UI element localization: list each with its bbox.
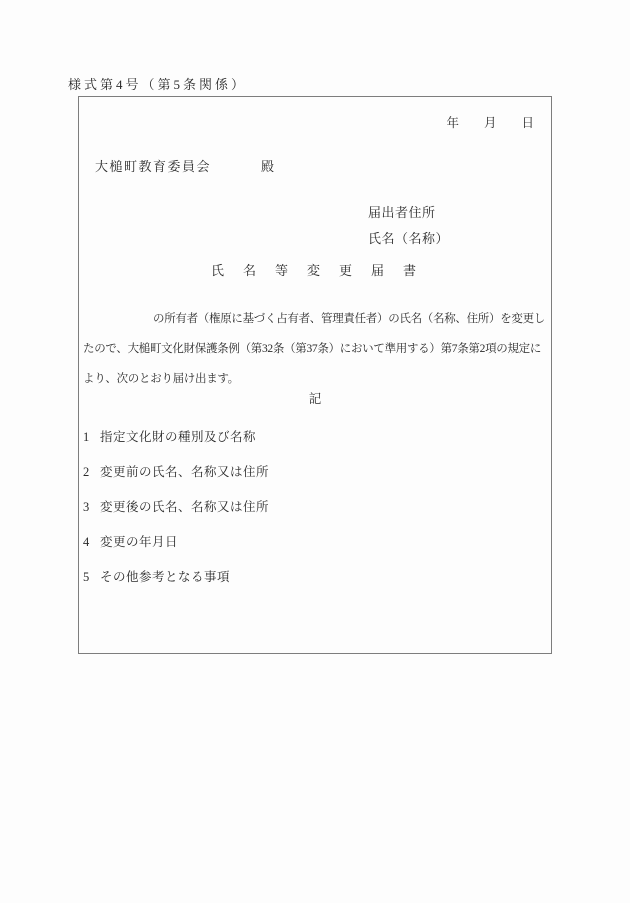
item-number: 4 (83, 534, 100, 550)
item-text: 変更前の氏名、名称又は住所 (100, 465, 269, 479)
list-item: 1指定文化財の種別及び名称 (83, 429, 545, 445)
declarant-name-label: 氏名（名称） (368, 226, 449, 252)
addressee-line: 大槌町教育委員会 殿 (95, 156, 276, 175)
list-item: 5その他参考となる事項 (83, 569, 545, 585)
date-line: 年 月 日 (446, 113, 534, 131)
declarant-address-label: 届出者住所 (368, 200, 449, 226)
item-number: 5 (83, 569, 100, 585)
addressee-name: 大槌町教育委員会 (95, 156, 211, 175)
body-line: の所有者（権原に基づく占有者、管理責任者）の氏名（名称、住所）を変更し (83, 304, 545, 334)
declarant-block: 届出者住所 氏名（名称） (368, 200, 449, 252)
item-number: 2 (83, 464, 100, 480)
item-text: 指定文化財の種別及び名称 (100, 430, 256, 444)
list-item: 2変更前の氏名、名称又は住所 (83, 464, 545, 480)
document-page: 様式第4号（第5条関係） 年 月 日 大槌町教育委員会 殿 届出者住所 氏名（名… (0, 0, 630, 903)
record-mark: 記 (79, 389, 551, 407)
item-list: 1指定文化財の種別及び名称 2変更前の氏名、名称又は住所 3変更後の氏名、名称又… (83, 429, 545, 604)
list-item: 4変更の年月日 (83, 534, 545, 550)
body-line: たので、大槌町文化財保護条例（第32条（第37条）において準用する）第7条第2項… (83, 334, 545, 364)
item-text: 変更後の氏名、名称又は住所 (100, 500, 269, 514)
form-border-box: 年 月 日 大槌町教育委員会 殿 届出者住所 氏名（名称） 氏 名 等 変 更 … (78, 96, 552, 654)
item-number: 1 (83, 429, 100, 445)
form-number-label: 様式第4号（第5条関係） (68, 77, 247, 93)
document-title: 氏 名 等 変 更 届 書 (79, 260, 551, 279)
item-text: その他参考となる事項 (100, 570, 230, 584)
addressee-honorific: 殿 (261, 156, 276, 175)
item-text: 変更の年月日 (100, 535, 178, 549)
item-number: 3 (83, 499, 100, 515)
body-paragraph: の所有者（権原に基づく占有者、管理責任者）の氏名（名称、住所）を変更し たので、… (83, 304, 545, 394)
list-item: 3変更後の氏名、名称又は住所 (83, 499, 545, 515)
